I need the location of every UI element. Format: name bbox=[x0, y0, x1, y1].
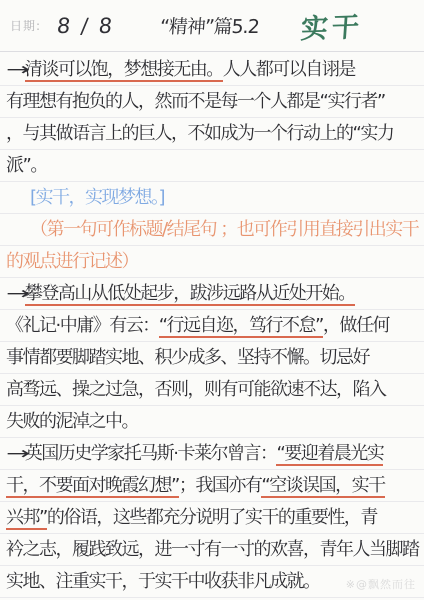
note-text: ，与其做语言上的巨人，不如成为一个行动上的“实力 bbox=[6, 123, 393, 144]
handwritten-note-body: →清谈可以饱，梦想接无由。人人都可以自诩是有理想有抱负的人，然而不是每一个人都是… bbox=[0, 54, 424, 600]
page-title: 实干 bbox=[300, 5, 365, 46]
underlined-text: “要迎着晨光实 bbox=[276, 443, 383, 466]
note-text: 事情都要脚踏实地、积少成多、坚持不懈。切忌好 bbox=[6, 347, 369, 368]
note-line: →英国历史学家托马斯·卡莱尔曾言：“要迎着晨光实 bbox=[0, 438, 424, 470]
note-text: 衿之志，履践致远，进一寸有一寸的欢喜，青年人当脚踏 bbox=[6, 539, 419, 560]
note-text: 的俗语，这些都充分说明了实干的重要性，青 bbox=[47, 507, 377, 528]
note-line: 兴邦”的俗语，这些都充分说明了实干的重要性，青 bbox=[0, 502, 424, 534]
notebook-page: 日期: 8 / 8 “精神”篇5.2 实干 →清谈可以饱，梦想接无由。人人都可以… bbox=[0, 0, 424, 600]
note-text: [实干，实现梦想。] bbox=[30, 187, 164, 208]
date-value: 8 / 8 bbox=[56, 14, 116, 38]
watermark: ※@飘然而往 bbox=[346, 576, 416, 592]
underlined-text: 干，不要面对晚霞幻想” bbox=[6, 475, 179, 498]
note-line: 失败的泥淖之中。 bbox=[0, 406, 424, 438]
underlined-text: 清谈可以饱，梦想接无由。 bbox=[25, 59, 223, 82]
note-line: ，与其做语言上的巨人，不如成为一个行动上的“实力 bbox=[0, 118, 424, 150]
date-label: 日期: bbox=[10, 17, 41, 34]
note-line: 的观点进行记述） bbox=[0, 246, 424, 278]
note-line: →清谈可以饱，梦想接无由。人人都可以自诩是 bbox=[0, 54, 424, 86]
page-header: 日期: 8 / 8 “精神”篇5.2 实干 bbox=[0, 0, 424, 52]
note-line: 《礼记·中庸》有云：“行远自迩，笃行不怠”，做任何 bbox=[0, 310, 424, 342]
note-text: 高骛远、操之过急，否则，则有可能欲速不达，陷入 bbox=[6, 379, 386, 400]
note-text: ；我国亦有 bbox=[179, 475, 262, 496]
note-text: 派”。 bbox=[6, 155, 47, 176]
paragraph-arrow-icon: → bbox=[6, 279, 28, 310]
underlined-text: “空谈误国，实干 bbox=[261, 475, 384, 498]
underlined-text: 兴邦” bbox=[6, 507, 47, 530]
note-text: （第一句可作标题/结尾句 ；也可作引用直接引出实干 bbox=[30, 219, 418, 240]
underlined-text: 攀登高山从低处起步，跋涉远路从近处开始。 bbox=[25, 283, 355, 306]
series-title: “精神”篇5.2 bbox=[159, 12, 260, 39]
note-text: 实地、注重实干，于实干中收获非凡成就。 bbox=[6, 571, 320, 592]
note-line: 衿之志，履践致远，进一寸有一寸的欢喜，青年人当脚踏 bbox=[0, 534, 424, 566]
paragraph-arrow-icon: → bbox=[6, 55, 28, 86]
note-line: （第一句可作标题/结尾句 ；也可作引用直接引出实干 bbox=[0, 214, 424, 246]
note-line: →攀登高山从低处起步，跋涉远路从近处开始。 bbox=[0, 278, 424, 310]
note-text: 《礼记·中庸》有云： bbox=[6, 315, 159, 336]
note-text: 有理想有抱负的人，然而不是每一个人都是“实行者” bbox=[6, 91, 385, 112]
note-line: 高骛远、操之过急，否则，则有可能欲速不达，陷入 bbox=[0, 374, 424, 406]
note-text: ，做任何 bbox=[323, 315, 389, 336]
note-line: 事情都要脚踏实地、积少成多、坚持不懈。切忌好 bbox=[0, 342, 424, 374]
note-line: 干，不要面对晚霞幻想”；我国亦有“空谈误国，实干 bbox=[0, 470, 424, 502]
note-text: 人人都可以自诩是 bbox=[223, 59, 355, 80]
note-line: 派”。 bbox=[0, 150, 424, 182]
paragraph-arrow-icon: → bbox=[6, 439, 28, 470]
underlined-text: “行远自迩，笃行不怠” bbox=[159, 315, 323, 338]
note-line: 有理想有抱负的人，然而不是每一个人都是“实行者” bbox=[0, 86, 424, 118]
note-text: 英国历史学家托马斯·卡莱尔曾言： bbox=[25, 443, 277, 464]
note-text: 失败的泥淖之中。 bbox=[6, 411, 138, 432]
note-text: 的观点进行记述） bbox=[6, 251, 138, 272]
note-line: [实干，实现梦想。] bbox=[0, 182, 424, 214]
